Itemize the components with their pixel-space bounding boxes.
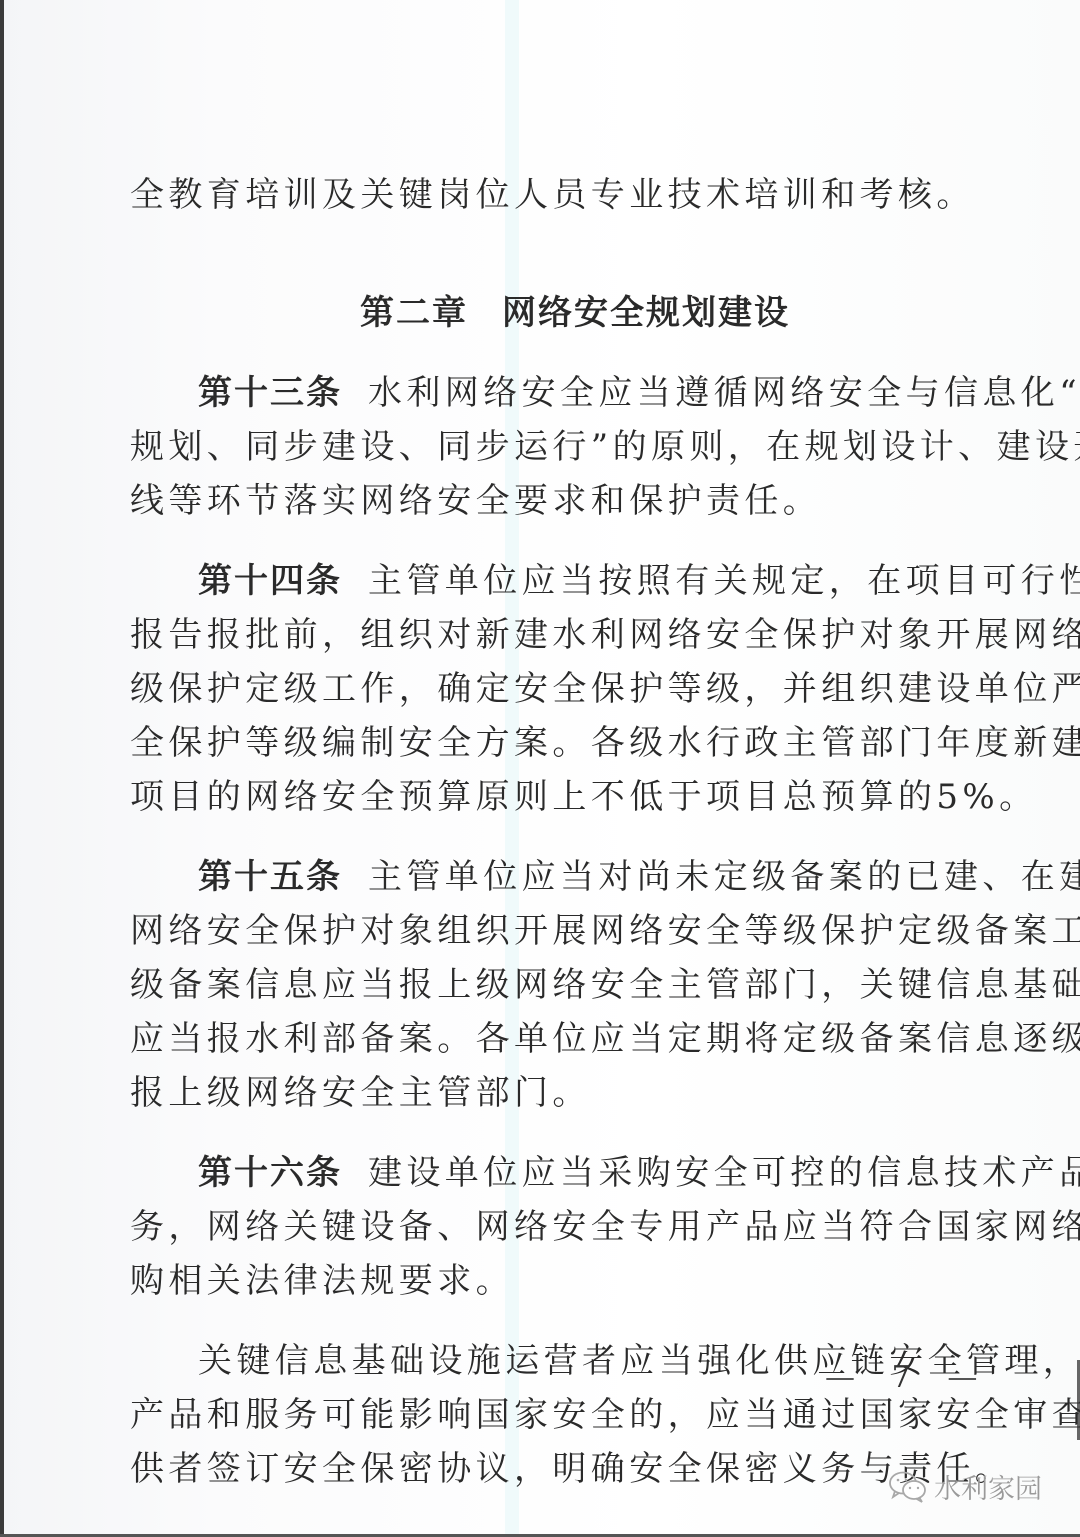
scan-left-border [0, 0, 4, 1537]
opening-paragraph: 全教育培训及关键岗位人员专业技术培训和考核。 [130, 168, 950, 222]
article-text: 建设单位应当采购安全可控的信息技术产品和服 [368, 1153, 1080, 1193]
article-text: 水利网络安全应当遵循网络安全与信息化“同步 [368, 373, 1080, 413]
article-text: 主管单位应当对尚未定级备案的已建、在建水利 [368, 857, 1080, 897]
text-line: 供者签订安全保密协议，明确安全保密义务与责任。 [130, 1442, 950, 1496]
article-label: 第十四条 [198, 561, 342, 601]
watermark-text: 水利家园 [934, 1467, 1042, 1506]
document-page: 全教育培训及关键岗位人员专业技术培训和考核。 第二章网络安全规划建设 第十三条水… [0, 0, 1080, 1537]
text-line: 第十五条主管单位应当对尚未定级备案的已建、在建水利 [130, 850, 950, 904]
text-line: 规划、同步建设、同步运行”的原则，在规划设计、建设开发、移交上 [130, 420, 950, 474]
page-number-dash-right: — [947, 1360, 979, 1395]
article-14: 第十四条主管单位应当按照有关规定，在项目可行性研究 报告报批前，组织对新建水利网… [130, 554, 950, 824]
text-line: 级保护定级工作，确定安全保护等级，并组织建设单位严格按照安 [130, 662, 950, 716]
chapter-heading: 第二章网络安全规划建设 [130, 286, 950, 340]
text-line: 报告报批前，组织对新建水利网络安全保护对象开展网络安全等 [130, 608, 950, 662]
watermark: 水利家园 [888, 1467, 1042, 1506]
text-line: 网络安全保护对象组织开展网络安全等级保护定级备案工作，定 [130, 904, 950, 958]
article-16: 第十六条建设单位应当采购安全可控的信息技术产品和服 务，网络关键设备、网络安全专… [130, 1146, 950, 1308]
text-line: 级备案信息应当报上级网络安全主管部门，关键信息基础设施还 [130, 958, 950, 1012]
closing-paragraph: 关键信息基础设施运营者应当强化供应链安全管理，采购的 产品和服务可能影响国家安全… [130, 1334, 950, 1496]
article-13: 第十三条水利网络安全应当遵循网络安全与信息化“同步 规划、同步建设、同步运行”的… [130, 366, 950, 528]
text-line: 第十三条水利网络安全应当遵循网络安全与信息化“同步 [130, 366, 950, 420]
chapter-number: 第二章 [360, 293, 468, 333]
article-text: 主管单位应当按照有关规定，在项目可行性研究 [368, 561, 1080, 601]
article-15: 第十五条主管单位应当对尚未定级备案的已建、在建水利 网络安全保护对象组织开展网络… [130, 850, 950, 1120]
text-line: 务，网络关键设备、网络安全专用产品应当符合国家网络安全及采 [130, 1200, 950, 1254]
text-line: 购相关法律法规要求。 [130, 1254, 950, 1308]
text-line: 全保护等级编制安全方案。各级水行政主管部门年度新建信息化 [130, 716, 950, 770]
text-line: 应当报水利部备案。各单位应当定期将定级备案信息逐级汇总上 [130, 1012, 950, 1066]
article-label: 第十五条 [198, 857, 342, 897]
page-number-dash-left: — [825, 1360, 857, 1395]
chapter-title: 网络安全规划建设 [502, 293, 790, 333]
article-label: 第十六条 [198, 1153, 342, 1193]
text-line: 线等环节落实网络安全要求和保护责任。 [130, 474, 950, 528]
page-number-value: 7 [892, 1360, 913, 1395]
text-line: 第十六条建设单位应当采购安全可控的信息技术产品和服 [130, 1146, 950, 1200]
wechat-icon [888, 1470, 928, 1504]
text-line: 报上级网络安全主管部门。 [130, 1066, 950, 1120]
text-line: 产品和服务可能影响国家安全的，应当通过国家安全审查，并与提 [130, 1388, 950, 1442]
text-line: 项目的网络安全预算原则上不低于项目总预算的5%。 [130, 770, 950, 824]
article-label: 第十三条 [198, 373, 342, 413]
text-line: 第十四条主管单位应当按照有关规定，在项目可行性研究 [130, 554, 950, 608]
page-number: — 7 — [825, 1360, 979, 1395]
text-line: 全教育培训及关键岗位人员专业技术培训和考核。 [130, 168, 950, 222]
document-body: 全教育培训及关键岗位人员专业技术培训和考核。 第二章网络安全规划建设 第十三条水… [130, 168, 950, 1496]
